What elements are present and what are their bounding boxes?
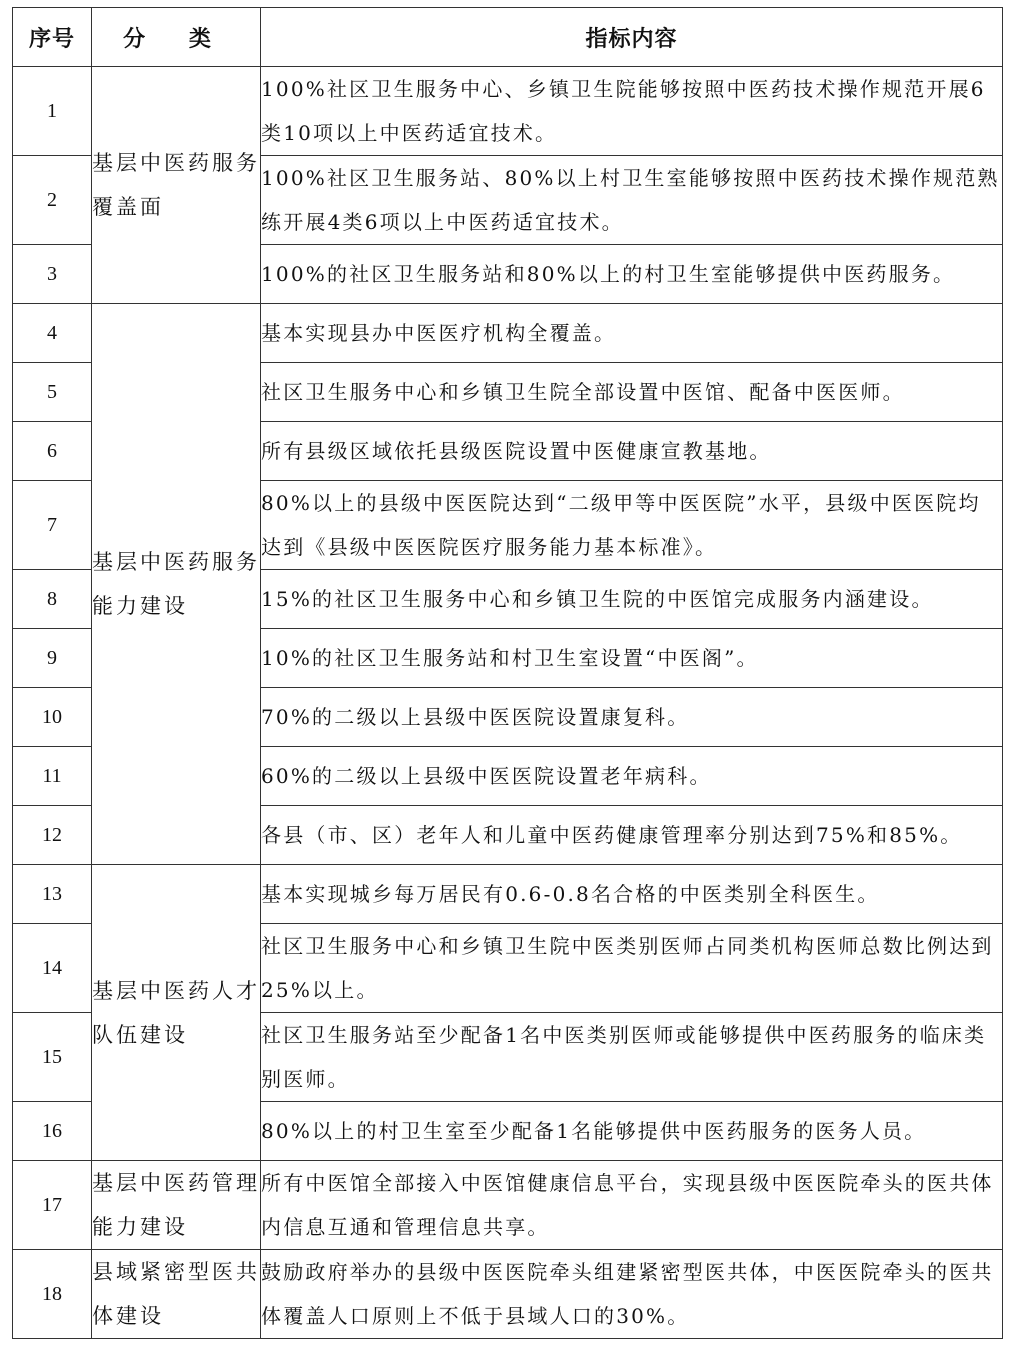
content-cell: 各县（市、区）老年人和儿童中医药健康管理率分别达到75%和85%。	[261, 806, 1003, 865]
row-number: 15	[13, 1013, 92, 1102]
content-cell: 社区卫生服务站至少配备1名中医类别医师或能够提供中医药服务的临床类别医师。	[261, 1013, 1003, 1102]
row-number: 16	[13, 1102, 92, 1161]
content-cell: 100%社区卫生服务中心、乡镇卫生院能够按照中医药技术操作规范开展6类10项以上…	[261, 67, 1003, 156]
row-number: 7	[13, 481, 92, 570]
table-row: 18 县域紧密型医共体建设 鼓励政府举办的县级中医医院牵头组建紧密型医共体，中医…	[13, 1250, 1003, 1339]
row-number: 4	[13, 304, 92, 363]
content-cell: 80%以上的村卫生室至少配备1名能够提供中医药服务的医务人员。	[261, 1102, 1003, 1161]
content-cell: 所有县级区域依托县级医院设置中医健康宣教基地。	[261, 422, 1003, 481]
header-category: 分 类	[92, 8, 261, 67]
content-cell: 基本实现县办中医医疗机构全覆盖。	[261, 304, 1003, 363]
content-cell: 60%的二级以上县级中医医院设置老年病科。	[261, 747, 1003, 806]
row-number: 11	[13, 747, 92, 806]
row-number: 8	[13, 570, 92, 629]
content-cell: 70%的二级以上县级中医医院设置康复科。	[261, 688, 1003, 747]
category-cell: 基层中医药人才队伍建设	[92, 865, 261, 1161]
header-index: 序号	[13, 8, 92, 67]
row-number: 17	[13, 1161, 92, 1250]
content-cell: 鼓励政府举办的县级中医医院牵头组建紧密型医共体，中医医院牵头的医共体覆盖人口原则…	[261, 1250, 1003, 1339]
row-number: 2	[13, 156, 92, 245]
row-number: 18	[13, 1250, 92, 1339]
row-number: 10	[13, 688, 92, 747]
category-cell: 县域紧密型医共体建设	[92, 1250, 261, 1339]
category-cell: 基层中医药管理能力建设	[92, 1161, 261, 1250]
header-row: 序号 分 类 指标内容	[13, 8, 1003, 67]
indicator-table: 序号 分 类 指标内容 1 基层中医药服务覆盖面 100%社区卫生服务中心、乡镇…	[12, 7, 1003, 1339]
content-cell: 所有中医馆全部接入中医馆健康信息平台，实现县级中医医院牵头的医共体内信息互通和管…	[261, 1161, 1003, 1250]
header-content: 指标内容	[261, 8, 1003, 67]
content-cell: 100%社区卫生服务站、80%以上村卫生室能够按照中医药技术操作规范熟练开展4类…	[261, 156, 1003, 245]
table-row: 4 基层中医药服务能力建设 基本实现县办中医医疗机构全覆盖。	[13, 304, 1003, 363]
row-number: 3	[13, 245, 92, 304]
row-number: 12	[13, 806, 92, 865]
row-number: 1	[13, 67, 92, 156]
table-row: 13 基层中医药人才队伍建设 基本实现城乡每万居民有0.6-0.8名合格的中医类…	[13, 865, 1003, 924]
content-cell: 15%的社区卫生服务中心和乡镇卫生院的中医馆完成服务内涵建设。	[261, 570, 1003, 629]
content-cell: 基本实现城乡每万居民有0.6-0.8名合格的中医类别全科医生。	[261, 865, 1003, 924]
category-cell: 基层中医药服务覆盖面	[92, 67, 261, 304]
table-row: 17 基层中医药管理能力建设 所有中医馆全部接入中医馆健康信息平台，实现县级中医…	[13, 1161, 1003, 1250]
content-cell: 社区卫生服务中心和乡镇卫生院全部设置中医馆、配备中医医师。	[261, 363, 1003, 422]
content-cell: 100%的社区卫生服务站和80%以上的村卫生室能够提供中医药服务。	[261, 245, 1003, 304]
category-cell: 基层中医药服务能力建设	[92, 304, 261, 865]
table-row: 1 基层中医药服务覆盖面 100%社区卫生服务中心、乡镇卫生院能够按照中医药技术…	[13, 67, 1003, 156]
row-number: 14	[13, 924, 92, 1013]
content-cell: 10%的社区卫生服务站和村卫生室设置“中医阁”。	[261, 629, 1003, 688]
row-number: 13	[13, 865, 92, 924]
content-cell: 80%以上的县级中医医院达到“二级甲等中医医院”水平，县级中医医院均达到《县级中…	[261, 481, 1003, 570]
content-cell: 社区卫生服务中心和乡镇卫生院中医类别医师占同类机构医师总数比例达到25%以上。	[261, 924, 1003, 1013]
row-number: 9	[13, 629, 92, 688]
row-number: 6	[13, 422, 92, 481]
row-number: 5	[13, 363, 92, 422]
